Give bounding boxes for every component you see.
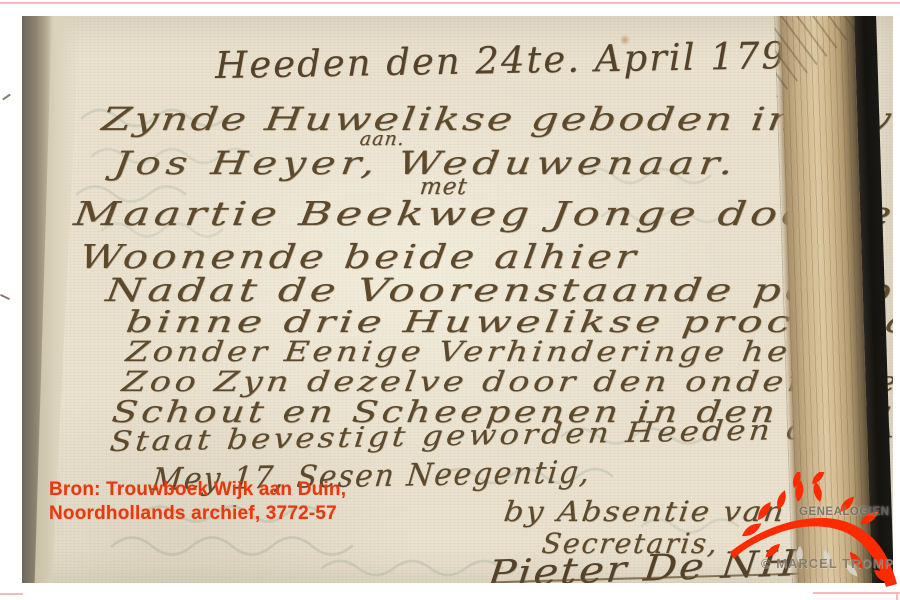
watermark-copyright-text: © MARCEL TROMP bbox=[761, 556, 894, 571]
manuscript-line: Maartie Beekweg Jonge dochter bbox=[72, 194, 893, 233]
source-caption-line1: Bron: Trouwboek Wijk aan Duin, bbox=[49, 478, 346, 502]
manuscript-line: Zynde Huwelikse geboden ingewilligt bbox=[100, 100, 893, 138]
manuscript-line: Zoo Zyn dezelve door den ondergetekende bbox=[120, 365, 893, 398]
margin-pen-mark bbox=[2, 94, 11, 101]
frame-border-top bbox=[0, 2, 900, 4]
margin-pen-mark bbox=[0, 294, 10, 300]
frame-border-bottom-right-vertical bbox=[896, 592, 898, 600]
watermark-brand-text: GENEALOGIEN bbox=[799, 506, 889, 518]
manuscript-superscript: aan. bbox=[359, 128, 407, 150]
branch-logo bbox=[728, 472, 900, 590]
manuscript-line: Heeden den 24te. April 1796 bbox=[215, 34, 813, 87]
manuscript-line: Zonder Eenige Verhinderinge hebben gehad bbox=[124, 335, 893, 368]
source-caption-line2: Noordhollands archief, 3772-57 bbox=[49, 502, 346, 526]
frame-border-bottom-left bbox=[0, 593, 23, 595]
screenshot-root: Heeden den 24te. April 1796 Zynde Huweli… bbox=[0, 0, 900, 600]
source-caption: Bron: Trouwboek Wijk aan Duin, Noordholl… bbox=[49, 478, 346, 526]
manuscript-line: Nadat de Voorenstaande persoonen bbox=[104, 271, 893, 309]
frame-border-bottom-right bbox=[813, 592, 900, 594]
